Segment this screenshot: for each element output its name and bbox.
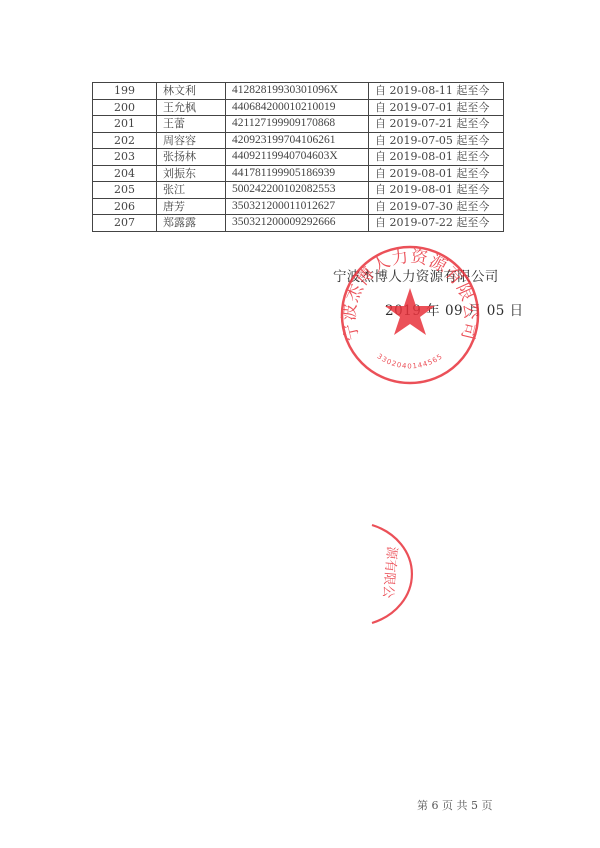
row-number: 199 (93, 83, 157, 100)
row-number: 202 (93, 132, 157, 149)
page-number: 第 6 页 共 5 页 (417, 797, 492, 813)
id-number: 41282819930301096X (226, 83, 369, 100)
table-row: 201 王蕾 421127199909170868 自 2019-07-21 起… (93, 116, 504, 133)
table-row: 200 王允枫 440684200010210019 自 2019-07-01 … (93, 99, 504, 116)
table-row: 203 张扬林 44092119940704603X 自 2019-08-01 … (93, 149, 504, 166)
row-number: 206 (93, 198, 157, 215)
row-number: 207 (93, 215, 157, 232)
row-number: 204 (93, 165, 157, 182)
row-number: 205 (93, 182, 157, 199)
employment-since: 自 2019-08-01 起至今 (369, 149, 504, 166)
table-row: 207 郑露露 350321200009292666 自 2019-07-22 … (93, 215, 504, 232)
row-number: 203 (93, 149, 157, 166)
employment-since: 自 2019-07-05 起至今 (369, 132, 504, 149)
employment-since: 自 2019-08-01 起至今 (369, 165, 504, 182)
svg-text:源有限公: 源有限公 (379, 546, 398, 599)
employment-since: 自 2019-07-30 起至今 (369, 198, 504, 215)
id-number: 500242200102082553 (226, 182, 369, 199)
seal-overprint-icon: 源有限公 (362, 520, 442, 628)
row-number: 200 (93, 99, 157, 116)
employment-since: 自 2019-07-22 起至今 (369, 215, 504, 232)
employee-name: 唐芳 (157, 198, 226, 215)
table-row: 202 周容容 420923199704106261 自 2019-07-05 … (93, 132, 504, 149)
employee-name: 张江 (157, 182, 226, 199)
signature-date: 2019 年 09 月 05 日 (385, 299, 524, 319)
table-row: 199 林文利 41282819930301096X 自 2019-08-11 … (93, 83, 504, 100)
employment-since: 自 2019-07-21 起至今 (369, 116, 504, 133)
id-number: 421127199909170868 (226, 116, 369, 133)
employee-name: 张扬林 (157, 149, 226, 166)
employment-since: 自 2019-08-11 起至今 (369, 83, 504, 100)
id-number: 350321200009292666 (226, 215, 369, 232)
id-number: 440684200010210019 (226, 99, 369, 116)
svg-text:宁波杰博人力资源有限公司: 宁波杰博人力资源有限公司 (339, 247, 480, 343)
company-name: 宁波杰博人力资源有限公司 (333, 265, 499, 285)
employee-table: 199 林文利 41282819930301096X 自 2019-08-11 … (92, 82, 504, 232)
employee-name: 王蕾 (157, 116, 226, 133)
id-number: 441781199905186939 (226, 165, 369, 182)
employee-name: 林文利 (157, 83, 226, 100)
svg-text:3302040144565: 3302040144565 (376, 352, 445, 370)
row-number: 201 (93, 116, 157, 133)
employment-since: 自 2019-07-01 起至今 (369, 99, 504, 116)
employee-name: 郑露露 (157, 215, 226, 232)
employee-name: 王允枫 (157, 99, 226, 116)
table-row: 204 刘振东 441781199905186939 自 2019-08-01 … (93, 165, 504, 182)
employment-since: 自 2019-08-01 起至今 (369, 182, 504, 199)
employee-name: 周容容 (157, 132, 226, 149)
id-number: 420923199704106261 (226, 132, 369, 149)
table-row: 205 张江 500242200102082553 自 2019-08-01 起… (93, 182, 504, 199)
table-row: 206 唐芳 350321200011012627 自 2019-07-30 起… (93, 198, 504, 215)
employee-name: 刘振东 (157, 165, 226, 182)
id-number: 44092119940704603X (226, 149, 369, 166)
id-number: 350321200011012627 (226, 198, 369, 215)
